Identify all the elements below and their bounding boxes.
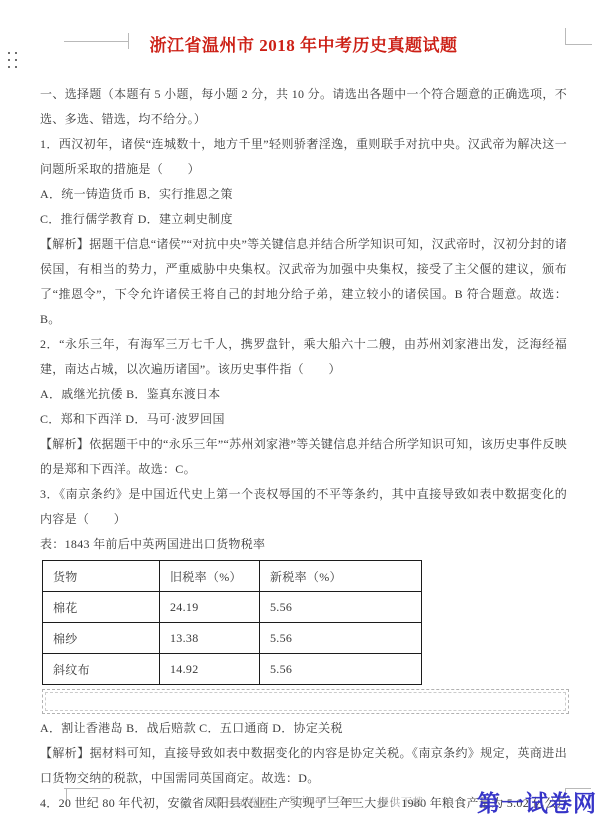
- table-header-new-rate: 新税率（%）: [260, 561, 422, 592]
- table-header-row: 货物 旧税率（%） 新税率（%）: [43, 561, 422, 592]
- footer-site-domain: Shijuan1.Com: [290, 794, 359, 810]
- question-1-analysis: 【解析】据题干信息“诸侯”“对抗中央”等关键信息并结合所学知识可知，汉武帝时，汉…: [40, 232, 567, 332]
- table-cell-old-rate: 14.92: [160, 654, 260, 685]
- question-2-options-ab: A．戚继光抗倭 B．鉴真东渡日本: [40, 382, 567, 407]
- tax-rate-table: 货物 旧税率（%） 新税率（%） 棉花 24.19 5.56 棉纱 13.38 …: [42, 560, 422, 685]
- question-2-options-cd: C．郑和下西洋 D．马可·波罗回国: [40, 407, 567, 432]
- question-1-options-ab: A．统一铸造货币 B．实行推恩之策: [40, 182, 567, 207]
- footer-download-note: 提供下载: [378, 794, 424, 810]
- page-footer: 第一试卷网 Shijuan1.Com 提供下载: [213, 794, 424, 810]
- question-2-analysis: 【解析】依据题干中的“永乐三年”“苏州刘家港”等关键信息并结合所学知识可知，该历…: [40, 432, 567, 482]
- table-caption: 表：1843 年前后中英两国进出口货物税率: [40, 532, 567, 557]
- question-1-text: 1．西汉初年，诸侯“连城数十，地方千里”轻则骄奢淫逸，重则联手对抗中央。汉武帝为…: [40, 132, 567, 182]
- page-title: 浙江省温州市 2018 年中考历史真题试题: [40, 34, 567, 58]
- table-row: 斜纹布 14.92 5.56: [43, 654, 422, 685]
- table-cell-new-rate: 5.56: [260, 623, 422, 654]
- empty-text-frame-inner: [45, 692, 566, 711]
- question-3-analysis: 【解析】据材料可知，直接导致如表中数据变化的内容是协定关税。《南京条约》规定，英…: [40, 741, 567, 791]
- table-cell-old-rate: 24.19: [160, 592, 260, 623]
- table-row: 棉纱 13.38 5.56: [43, 623, 422, 654]
- table-header-old-rate: 旧税率（%）: [160, 561, 260, 592]
- table-cell-goods: 棉纱: [43, 623, 160, 654]
- document-page: 浙江省温州市 2018 年中考历史真题试题 一、选择题（本题有 5 小题，每小题…: [0, 0, 599, 829]
- document-body: 浙江省温州市 2018 年中考历史真题试题 一、选择题（本题有 5 小题，每小题…: [0, 0, 599, 816]
- question-2-text: 2．“永乐三年，有海军三万七千人，携罗盘针，乘大船六十二艘，由苏州刘家港出发，泛…: [40, 332, 567, 382]
- table-row: 棉花 24.19 5.56: [43, 592, 422, 623]
- table-cell-goods: 棉花: [43, 592, 160, 623]
- table-header-goods: 货物: [43, 561, 160, 592]
- table-cell-old-rate: 13.38: [160, 623, 260, 654]
- empty-text-frame[interactable]: [42, 689, 569, 714]
- table-cell-goods: 斜纹布: [43, 654, 160, 685]
- question-1-options-cd: C．推行儒学教育 D．建立刺史制度: [40, 207, 567, 232]
- site-watermark: 第一试卷网: [477, 785, 597, 818]
- section-header: 一、选择题（本题有 5 小题，每小题 2 分，共 10 分。请选出各题中一个符合…: [40, 82, 567, 132]
- question-3-options: A．割让香港岛 B．战后赔款 C．五口通商 D．协定关税: [40, 716, 567, 741]
- table-cell-new-rate: 5.56: [260, 654, 422, 685]
- table-cell-new-rate: 5.56: [260, 592, 422, 623]
- question-3-text: 3．《南京条约》是中国近代史上第一个丧权辱国的不平等条约，其中直接导致如表中数据…: [40, 482, 567, 532]
- footer-site-name: 第一试卷网: [213, 794, 271, 810]
